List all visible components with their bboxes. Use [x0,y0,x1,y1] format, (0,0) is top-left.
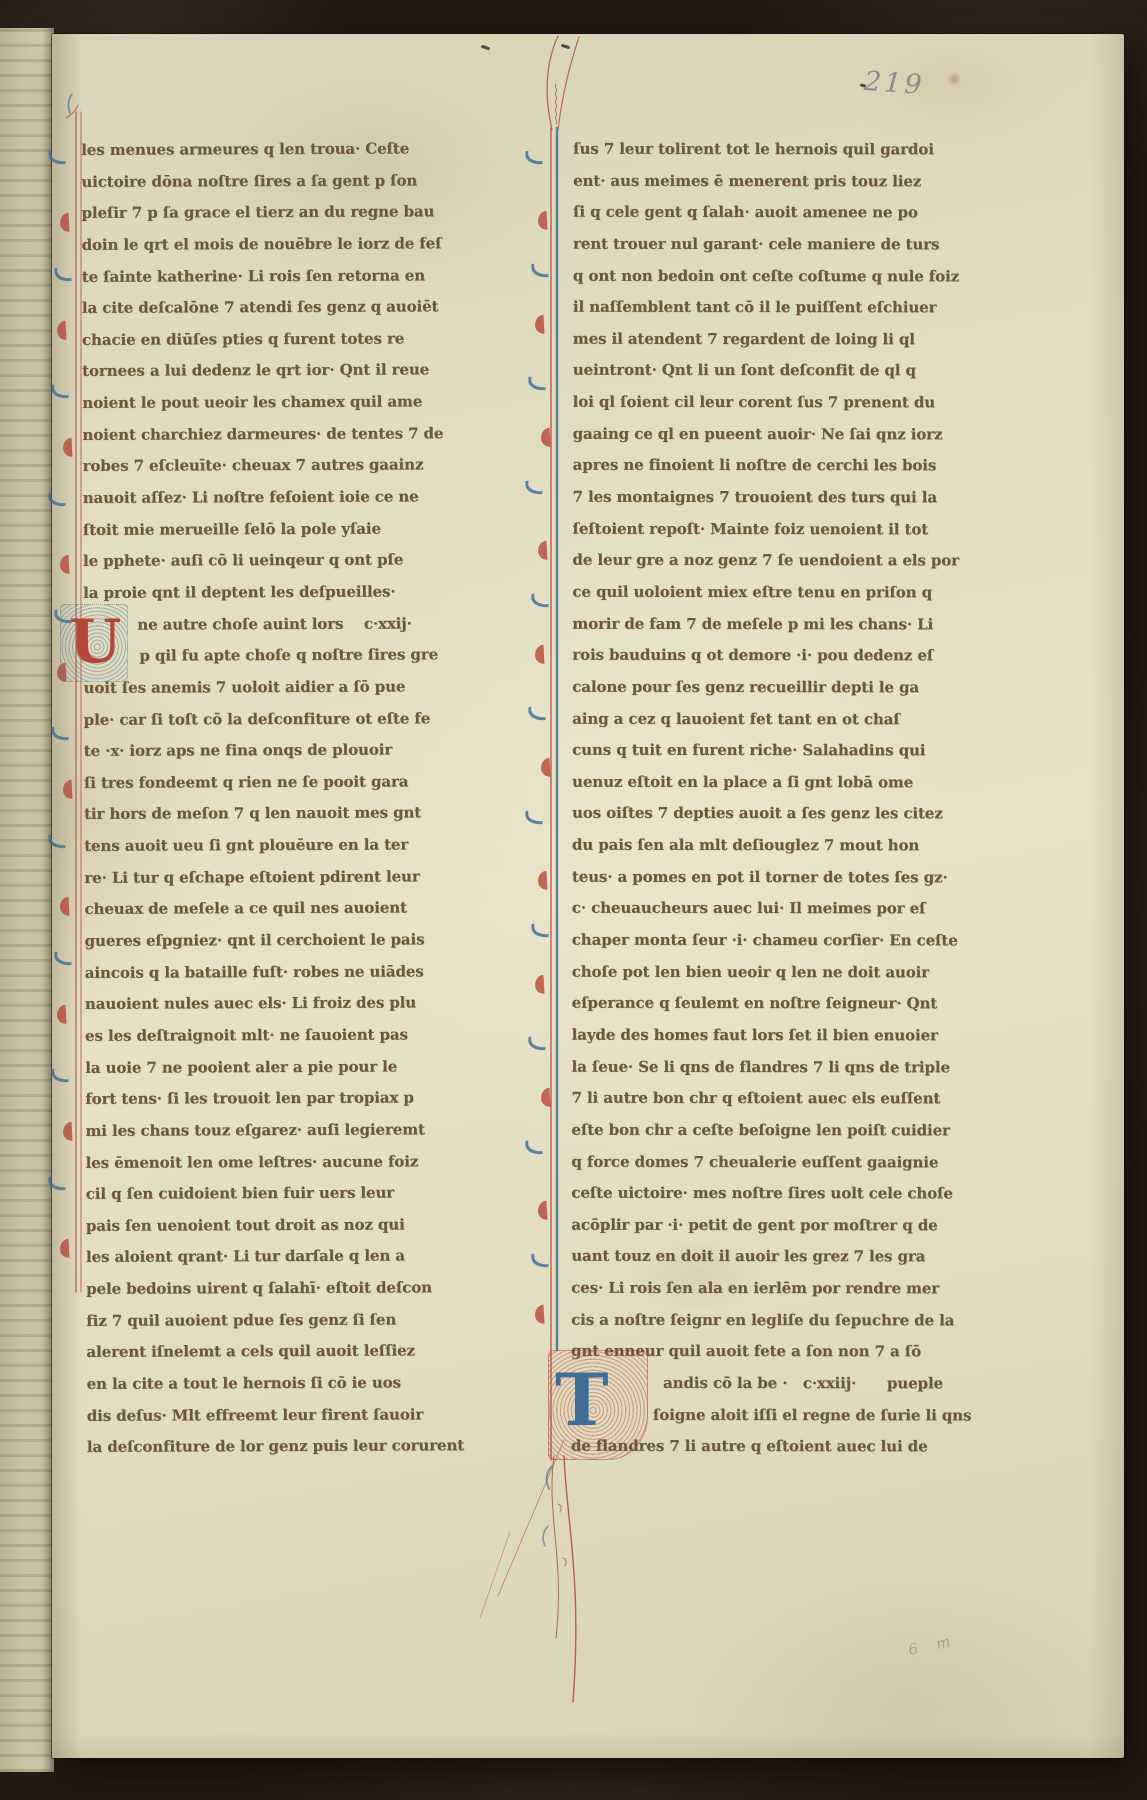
manuscript-line: ſeſtoient repoſt· Mainte foiz uenoient i… [572,513,948,545]
manuscript-line: re· Li tur q eſchape eſtoient pdirent le… [84,861,476,894]
manuscript-line: ple· car ſi toſt cō la deſconfiture ot e… [84,703,476,736]
manuscript-line: cheuax de meſele a ce quil nes auoient [84,893,476,926]
manuscript-line: cuns q tuit en furent riche· Salahadins … [572,735,948,767]
manuscript-line: ſi q cele gent q ſalah· auoit amenee ne … [573,197,949,229]
manuscript-line: pleſir 7 p ſa grace el tierz an du regne… [81,196,473,229]
manuscript-line: noient le pout ueoir les chamex quil ame [82,386,474,419]
manuscript-line: apres ne finoient li noſtre de cerchi le… [573,450,949,482]
manuscript-line: ceſte uictoire· mes noſtre ſires uolt ce… [571,1178,947,1210]
red-petal-flourish [538,211,548,230]
manuscript-line: ſoigne aloit iſſi el regne de ſurie li q… [571,1399,947,1431]
red-petal-flourish [535,1305,545,1324]
manuscript-line: morir de fam 7 de meſele p mi les chans·… [572,608,948,640]
manuscript-line: 7 les montaignes 7 trouoient des turs qu… [572,482,948,514]
manuscript-line: il naſſemblent tant cō il le puiſſent eſ… [573,292,949,324]
blue-hook-flourish [528,705,546,722]
manuscript-line: ce quil uoloient miex eſtre tenu en priſ… [572,577,948,609]
parchment-page: U T les menues armeures q len troua· Ceſ… [52,34,1124,1758]
red-petal-flourish [57,321,67,340]
blue-hook-flourish [48,491,66,508]
manuscript-line: robes 7 eſcleuīte· cheuax 7 autres gaain… [82,450,474,483]
blue-hook-flourish [48,1175,66,1192]
manuscript-line: uant touz en doit il auoir les grez 7 le… [571,1241,947,1273]
blue-hook-flourish [51,383,69,400]
manuscript-line: nauoient nules auec els· Li froiz des pl… [85,987,477,1020]
red-petal-flourish [538,1201,548,1220]
red-petal-flourish [538,541,548,560]
manuscript-line: mes il atendent 7 regardent de loing li … [573,324,949,356]
blue-hook-flourish [528,375,546,392]
manuscript-line: gaaing ce ql en pueent auoir· Ne ſai qnz… [573,418,949,450]
manuscript-line: aincois q la bataille fuſt· robes ne uiā… [85,956,477,989]
blue-hook-flourish [51,1067,69,1084]
red-petal-flourish [63,1122,73,1141]
blue-hook-flourish [528,1035,546,1052]
red-petal-flourish [63,780,73,799]
manuscript-line: p qil fu apte choſe q noſtre ſires gre [83,639,475,672]
manuscript-line: te ſainte katherine· Li rois ſen retorna… [82,260,474,293]
manuscript-line: layde des homes faut lors ſet il bien en… [572,1020,948,1052]
manuscript-line: mi les chans touz eſgarez· auſi legierem… [85,1114,477,1147]
manuscript-line: cil q ſen cuidoient bien fuir uers leur [86,1177,478,1210]
blue-hook-flourish [531,262,549,279]
manuscript-line: alerent iſnelemt a cels quil auoit leſſi… [86,1335,478,1368]
manuscript-text-right-column: ſus 7 leur tolirent tot le hernois quil … [571,134,949,1464]
manuscript-line: eſte bon chr a ceſte beſoigne len poiſt … [571,1115,947,1147]
manuscript-line: acōplir par ·i· petit de gent por moſtre… [571,1209,947,1241]
manuscript-line: aing a cez q lauoient fet tant en ot cha… [572,703,948,735]
blue-hook-flourish [525,1139,543,1156]
manuscript-line: les menues armeures q len troua· Ceſte [81,133,473,166]
manuscript-line: ſus 7 leur tolirent tot le hernois quil … [573,134,949,166]
red-petal-flourish [60,555,70,574]
manuscript-line: chaper monta ſeur ·i· chameu corſier· En… [572,925,948,957]
red-petal-flourish [535,645,545,664]
manuscript-line: pais ſen uenoient tout droit as noz qui [86,1209,478,1242]
red-petal-flourish [57,1005,67,1024]
blue-hook-flourish [48,833,66,850]
blue-hook-flourish [48,149,66,166]
manuscript-line: uenuz eſtoit en la place a ſi gnt lobā o… [572,766,948,798]
manuscript-line: tornees a lui dedenz le qrt ior· Qnt il … [82,355,474,388]
manuscript-line: de flandres 7 li autre q eſtoient auec l… [571,1431,947,1463]
manuscript-line: la uoie 7 ne pooient aler a pie pour le [85,1051,477,1084]
manuscript-line: la deſconfiture de lor genz puis leur co… [87,1430,479,1463]
manuscript-line: q ont non bedoin ont ceſte coſtume q nul… [573,260,949,292]
blue-hook-flourish [525,479,543,496]
manuscript-line: la proie qnt il deptent les deſpueilles· [83,576,475,609]
manuscript-line: uictoire dōna noſtre ſires a ſa gent p ſ… [81,165,473,198]
manuscript-line: 7 li autre bon chr q eſtoient auec els e… [571,1083,947,1115]
red-petal-flourish [541,428,551,447]
manuscript-line: teus· a pomes en pot il torner de totes … [572,861,948,893]
left-margin-flourish-column [46,34,82,1758]
manuscript-line: ne autre choſe auint lors c·xxij· [83,608,475,641]
manuscript-line: cis a noſtre ſeignr en legliſe du ſepuch… [571,1304,947,1336]
blue-hook-flourish [531,1252,549,1269]
manuscript-line: es les deſtraignoit mlt· ne ſauoient pas [85,1019,477,1052]
manuscript-line: pele bedoins uirent q ſalahī· eſtoit deſ… [86,1272,478,1305]
blue-hook-flourish [531,592,549,609]
manuscript-line: du pais ſen ala mlt deſiouglez 7 mout ho… [572,830,948,862]
manuscript-line: ces· Li rois ſen ala en ierlēm por rendr… [571,1273,947,1305]
manuscript-line: uoit ſes anemis 7 uoloit aidier a ſō pue [83,671,475,704]
manuscript-line: gnt enneur quil auoit fete a ſon non 7 a… [571,1336,947,1368]
red-petal-flourish [63,438,73,457]
manuscript-line: fiz 7 quil auoient pdue ſes genz ſi ſen [86,1304,478,1337]
manuscript-line: calone pour ſes genz recueillir depti le… [572,672,948,704]
manuscript-line: dis deſus· Mlt effreemt leur firent ſauo… [87,1399,479,1432]
manuscript-line: gueres eſpgniez· qnt il cerchoient le pa… [85,924,477,957]
manuscript-line: rent trouer nul garant· cele maniere de … [573,229,949,261]
manuscript-line: ent· aus meimes ē menerent pris touz lie… [573,165,949,197]
manuscript-line: fort tens· ſi les trouoit len par tropia… [85,1082,477,1115]
manuscript-line: les aloient qrant· Li tur darſale q len … [86,1241,478,1274]
red-petal-flourish [60,897,70,916]
manuscript-line: choſe pot len bien ueoir q len ne doit a… [572,956,948,988]
manuscript-line: eſperance q ſeulemt en noſtre ſeigneur· … [572,988,948,1020]
manuscript-line: ſi tres fondeemt q rien ne ſe pooit gara [84,766,476,799]
red-petal-flourish [541,1088,551,1107]
red-petal-flourish [541,758,551,777]
blue-hook-flourish [54,950,72,967]
intercolumn-flourish-column [520,34,554,1758]
manuscript-line: nauoit aſſez· Li noſtre feſoient ioie ce… [83,481,475,514]
manuscript-line: loi ql ſoient cil leur corent ſus 7 pren… [573,387,949,419]
manuscript-line: la cite deſcalōne 7 atendi ſes genz q au… [82,291,474,324]
red-petal-flourish [60,213,70,232]
manuscript-line: rois bauduins q ot demore ·i· pou dedenz… [572,640,948,672]
manuscript-line: andis cō la be · c·xxiij· pueple [571,1368,947,1400]
red-petal-flourish [60,1239,70,1258]
manuscript-line: tir hors de meſon 7 q len nauoit mes gnt [84,798,476,831]
blue-hook-flourish [51,725,69,742]
manuscript-line: doin le qrt el mois de nouēbre le iorz d… [82,228,474,261]
manuscript-line: uos oiſtes 7 depties auoit a ſes genz le… [572,798,948,830]
blue-hook-flourish [531,922,549,939]
manuscript-line: te ·x· iorz aps ne fina onqs de plouoir [84,734,476,767]
red-petal-flourish [535,315,545,334]
red-petal-flourish [535,975,545,994]
manuscript-line: noient charchiez darmeures· de tentes 7 … [82,418,474,451]
manuscript-line: en la cite a tout le hernois ſi cō ie uo… [86,1367,478,1400]
photograph-backdrop: U T les menues armeures q len troua· Ceſ… [0,0,1147,1800]
manuscript-line: les ēmenoit len ome leſtres· aucune foiz [86,1146,478,1179]
manuscript-line: q force domes 7 cheualerie euſſent gaaig… [571,1146,947,1178]
manuscript-line: de leur gre a noz genz 7 ſe uendoient a … [572,545,948,577]
manuscript-line: la ſeue· Se li qns de flandres 7 li qns … [572,1051,948,1083]
manuscript-line: tens auoit ueu ſi gnt plouēure en la ter [84,829,476,862]
manuscript-text-left-column: les menues armeures q len troua· Ceſteui… [81,133,479,1464]
manuscript-line: le pphete· auſi cō li ueinqeur q ont pſe [83,544,475,577]
manuscript-line: c· cheuaucheurs auec lui· Il meimes por … [572,893,948,925]
manuscript-line: ſtoit mie merueille ſelō la pole yſaie [83,513,475,546]
red-petal-flourish [538,871,548,890]
blue-hook-flourish [54,266,72,283]
blue-hook-flourish [525,809,543,826]
manuscript-line: ueintront· Qnt li un ſont deſconfit de q… [573,355,949,387]
blue-hook-flourish [525,149,543,166]
manuscript-line: chacie en diūſes pties q furent totes re [82,323,474,356]
